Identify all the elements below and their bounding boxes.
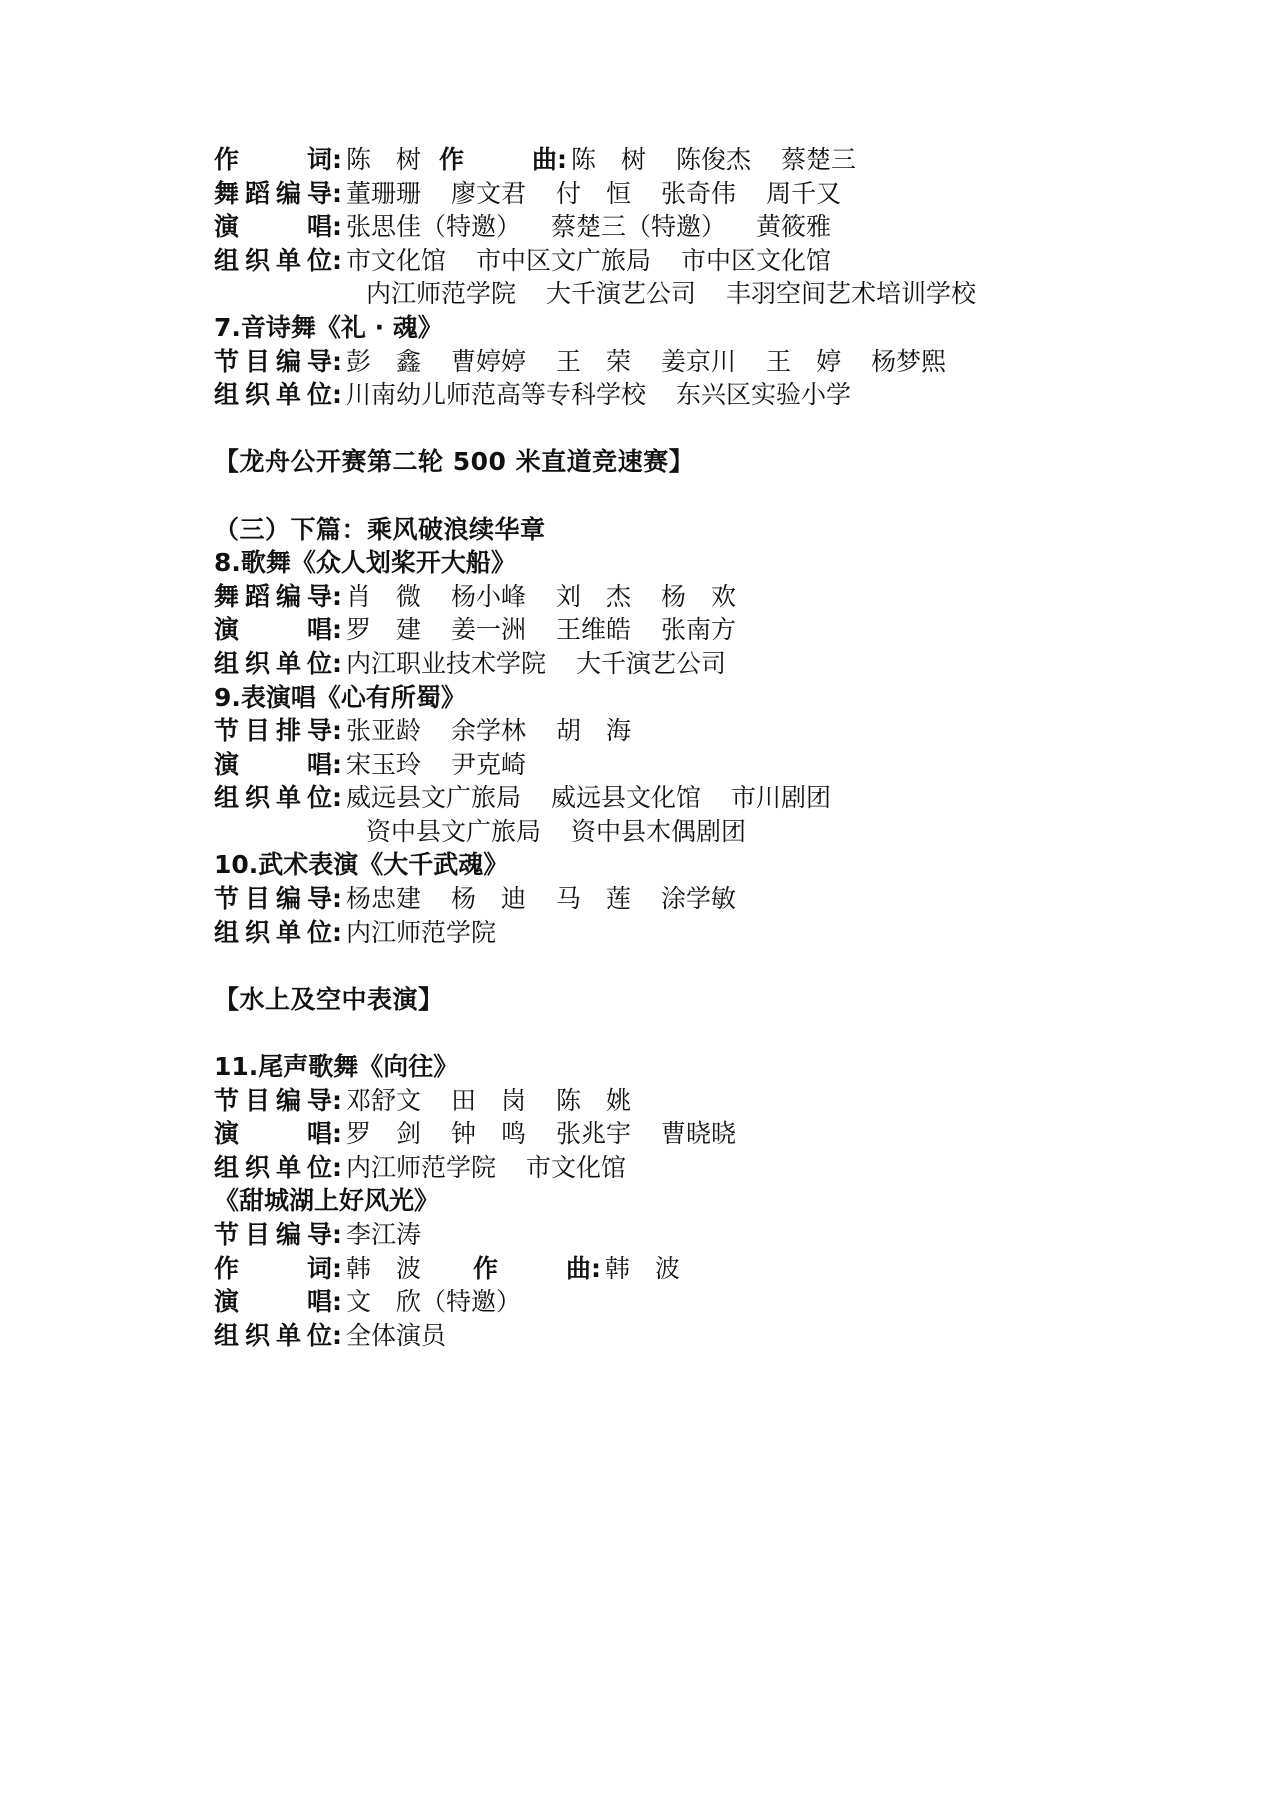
credit-label: 演 唱 [214,1117,332,1151]
credit-label: 作 词 [214,143,332,177]
credit-label: 作 词 [214,1252,332,1286]
credit-value: 罗 建姜一洲王维皓张南方 [346,613,736,647]
spacer [214,1016,1214,1050]
credit-line-singers: 演 唱:罗 剑钟 鸣张兆宇曹晓晓 [214,1117,1214,1151]
composer-credit: 作 曲:陈 树陈俊杰蔡楚三 [439,143,856,177]
credit-label: 节目编导 [214,345,332,379]
credit-value: 内江师范学院大千演艺公司丰羽空间艺术培训学校 [366,277,976,311]
program-page: 作 词:陈 树 作 曲:陈 树陈俊杰蔡楚三 舞蹈编导:董珊珊廖文君付 恒张奇伟周… [214,143,1214,1352]
credit-line-singers: 演 唱:宋玉玲尹克崎 [214,748,1214,782]
credit-value: 邓舒文田 岗陈 姚 [346,1084,631,1118]
credit-value: 威远县文广旅局威远县文化馆市川剧团 [346,781,831,815]
credit-label: 组织单位 [214,1319,332,1353]
credit-line-organizers: 组织单位:市文化馆市中区文广旅局市中区文化馆 [214,244,1214,278]
credit-value: 内江师范学院市文化馆 [346,1151,626,1185]
credit-value: 全体演员 [346,1319,446,1353]
credit-value: 内江职业技术学院大千演艺公司 [346,647,726,681]
credit-value: 张思佳（特邀）蔡楚三（特邀）黄筱雅 [346,210,831,244]
credit-label: 组织单位 [214,781,332,815]
credit-label: 节目排导 [214,714,332,748]
credit-label: 组织单位 [214,916,332,950]
credit-line-organizers: 组织单位:全体演员 [214,1319,1214,1353]
credit-value: 陈 树 [346,143,421,177]
credit-value: 韩 波 [605,1252,680,1286]
credit-label: 节目编导 [214,882,332,916]
credit-line-directors: 节目编导:李江涛 [214,1218,1214,1252]
credit-line-organizers: 组织单位:内江师范学院 [214,916,1214,950]
credit-line-directors: 节目排导:张亚龄余学林胡 海 [214,714,1214,748]
composer-credit: 作 曲:韩 波 [473,1252,680,1286]
credit-line-choreographers: 舞蹈编导:肖 微杨小峰刘 杰杨 欢 [214,580,1214,614]
program-title: 7.音诗舞《礼 · 魂》 [214,311,1214,345]
credit-label: 舞蹈编导 [214,177,332,211]
program-title: 11.尾声歌舞《向往》 [214,1050,1214,1084]
credit-line-singers: 演 唱:文 欣（特邀） [214,1285,1214,1319]
credit-value: 彭 鑫曹婷婷王 荣姜京川王 婷杨梦熙 [346,345,946,379]
credit-value: 董珊珊廖文君付 恒张奇伟周千又 [346,177,841,211]
credit-label: 作 曲 [473,1252,591,1286]
program-title: 10.武术表演《大千武魂》 [214,848,1214,882]
credit-line-lyrics-composer: 作 词:韩 波 作 曲:韩 波 [214,1252,1214,1286]
credit-value: 市文化馆市中区文广旅局市中区文化馆 [346,244,831,278]
credit-label: 演 唱 [214,210,332,244]
credit-label: 组织单位 [214,647,332,681]
credit-line-organizers: 组织单位:川南幼儿师范高等专科学校东兴区实验小学 [214,378,1214,412]
credit-label: 演 唱 [214,748,332,782]
spacer [214,479,1214,513]
credit-value: 内江师范学院 [346,916,496,950]
spacer [214,949,1214,983]
credit-line-organizers: 组织单位:内江职业技术学院大千演艺公司 [214,647,1214,681]
credit-line-organizers-continued: 内江师范学院大千演艺公司丰羽空间艺术培训学校 [214,277,1214,311]
credit-line-directors: 节目编导:邓舒文田 岗陈 姚 [214,1084,1214,1118]
credit-line-organizers: 组织单位:威远县文广旅局威远县文化馆市川剧团 [214,781,1214,815]
credit-label: 舞蹈编导 [214,580,332,614]
credit-value: 杨忠建杨 迪马 莲涂学敏 [346,882,736,916]
credit-line-singers: 演 唱:罗 建姜一洲王维皓张南方 [214,613,1214,647]
credit-value: 罗 剑钟 鸣张兆宇曹晓晓 [346,1117,736,1151]
interlude-heading: 【水上及空中表演】 [214,983,1214,1017]
credit-line-singers: 演 唱:张思佳（特邀）蔡楚三（特邀）黄筱雅 [214,210,1214,244]
credit-value: 文 欣（特邀） [346,1285,521,1319]
credit-line-directors: 节目编导:杨忠建杨 迪马 莲涂学敏 [214,882,1214,916]
credit-label: 作 曲 [439,143,557,177]
credit-line-organizers-continued: 资中县文广旅局资中县木偶剧团 [214,815,1214,849]
credit-line-choreographers: 舞蹈编导:董珊珊廖文君付 恒张奇伟周千又 [214,177,1214,211]
credit-label: 节目编导 [214,1084,332,1118]
credit-value: 张亚龄余学林胡 海 [346,714,631,748]
credit-label: 节目编导 [214,1218,332,1252]
credit-value: 川南幼儿师范高等专科学校东兴区实验小学 [346,378,851,412]
credit-label: 组织单位 [214,244,332,278]
credit-line-lyrics-composer: 作 词:陈 树 作 曲:陈 树陈俊杰蔡楚三 [214,143,1214,177]
credit-value: 宋玉玲尹克崎 [346,748,526,782]
program-title: 《甜城湖上好风光》 [214,1184,1214,1218]
credit-line-directors: 节目编导:彭 鑫曹婷婷王 荣姜京川王 婷杨梦熙 [214,345,1214,379]
credit-value: 陈 树陈俊杰蔡楚三 [571,143,856,177]
spacer [214,412,1214,446]
credit-label: 组织单位 [214,1151,332,1185]
credit-value: 韩 波 [346,1252,421,1286]
credit-label: 组织单位 [214,378,332,412]
credit-value: 肖 微杨小峰刘 杰杨 欢 [346,580,736,614]
credit-line-organizers: 组织单位:内江师范学院市文化馆 [214,1151,1214,1185]
credit-value: 李江涛 [346,1218,421,1252]
section-heading: （三）下篇：乘风破浪续华章 [214,513,1214,547]
credit-label: 演 唱 [214,613,332,647]
credit-label: 演 唱 [214,1285,332,1319]
credit-value: 资中县文广旅局资中县木偶剧团 [366,815,746,849]
program-title: 9.表演唱《心有所蜀》 [214,681,1214,715]
program-title: 8.歌舞《众人划桨开大船》 [214,546,1214,580]
interlude-heading: 【龙舟公开赛第二轮 500 米直道竞速赛】 [214,445,1214,479]
